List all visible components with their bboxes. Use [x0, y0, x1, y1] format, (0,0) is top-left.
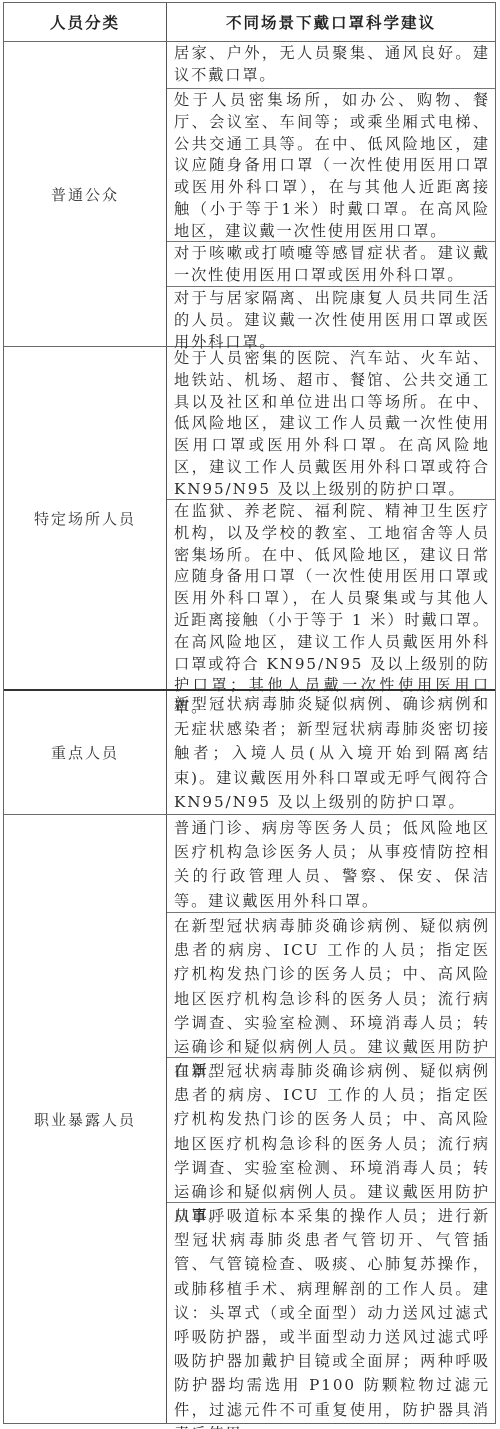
- advice-cell: 处于人员密集的医院、汽车站、火车站、地铁站、机场、超市、餐馆、公共交通工具以及社…: [167, 347, 495, 499]
- advice-cell: 居家、户外，无人员聚集、通风良好。建议不戴口罩。: [167, 42, 495, 88]
- advice-cells: 居家、户外，无人员聚集、通风良好。建议不戴口罩。 处于人员密集场所，如办公、购物…: [167, 42, 495, 346]
- table-header-row: 人员分类 不同场景下戴口罩科学建议: [4, 3, 495, 41]
- advice-cell: 从事呼吸道标本采集的操作人员；进行新型冠状病毒肺炎患者气管切开、气管插管、气管镜…: [167, 1202, 495, 1423]
- advice-cell: 对于与居家隔离、出院康复人员共同生活的人员。建议戴一次性使用医用口罩或医用外科口…: [167, 286, 495, 346]
- category-label: 特定场所人员: [4, 347, 167, 689]
- table-row-specific-venue-staff: 特定场所人员 处于人员密集的医院、汽车站、火车站、地铁站、机场、超市、餐馆、公共…: [4, 346, 495, 689]
- advice-cell: 普通门诊、病房等医务人员；低风险地区医疗机构急诊医务人员；从事疫情防控相关的行政…: [167, 815, 495, 912]
- header-advice: 不同场景下戴口罩科学建议: [167, 3, 495, 41]
- advice-cells: 处于人员密集的医院、汽车站、火车站、地铁站、机场、超市、餐馆、公共交通工具以及社…: [167, 347, 495, 689]
- category-label: 普通公众: [4, 42, 167, 346]
- table-row-occupational-exposure: 职业暴露人员 普通门诊、病房等医务人员；低风险地区医疗机构急诊医务人员；从事疫情…: [4, 814, 495, 1423]
- header-category: 人员分类: [4, 3, 167, 41]
- mask-advice-table: 人员分类 不同场景下戴口罩科学建议 普通公众 居家、户外，无人员聚集、通风良好。…: [3, 2, 496, 1424]
- category-label: 职业暴露人员: [4, 815, 167, 1423]
- advice-cell: 在新型冠状病毒肺炎确诊病例、疑似病例患者的病房、ICU 工作的人员；指定医疗机构…: [167, 1057, 495, 1202]
- advice-cell: 在监狱、养老院、福利院、精神卫生医疗机构，以及学校的教室、工地宿舍等人员密集场所…: [167, 499, 495, 689]
- advice-cells: 普通门诊、病房等医务人员；低风险地区医疗机构急诊医务人员；从事疫情防控相关的行政…: [167, 815, 495, 1423]
- advice-cell: 对于咳嗽或打喷嚏等感冒症状者。建议戴一次性使用医用口罩或医用外科口罩。: [167, 241, 495, 286]
- advice-cell: 在新型冠状病毒肺炎确诊病例、疑似病例患者的病房、ICU 工作的人员；指定医疗机构…: [167, 912, 495, 1057]
- advice-cell: 新型冠状病毒肺炎疑似病例、确诊病例和无症状感染者；新型冠状病毒肺炎密切接触者；入…: [167, 691, 495, 814]
- table-row-general-public: 普通公众 居家、户外，无人员聚集、通风良好。建议不戴口罩。 处于人员密集场所，如…: [4, 41, 495, 346]
- category-label: 重点人员: [4, 691, 167, 814]
- advice-cell: 处于人员密集场所，如办公、购物、餐厅、会议室、车间等；或乘坐厢式电梯、公共交通工…: [167, 88, 495, 241]
- advice-cells: 新型冠状病毒肺炎疑似病例、确诊病例和无症状感染者；新型冠状病毒肺炎密切接触者；入…: [167, 691, 495, 814]
- table-row-key-persons: 重点人员 新型冠状病毒肺炎疑似病例、确诊病例和无症状感染者；新型冠状病毒肺炎密切…: [4, 689, 495, 814]
